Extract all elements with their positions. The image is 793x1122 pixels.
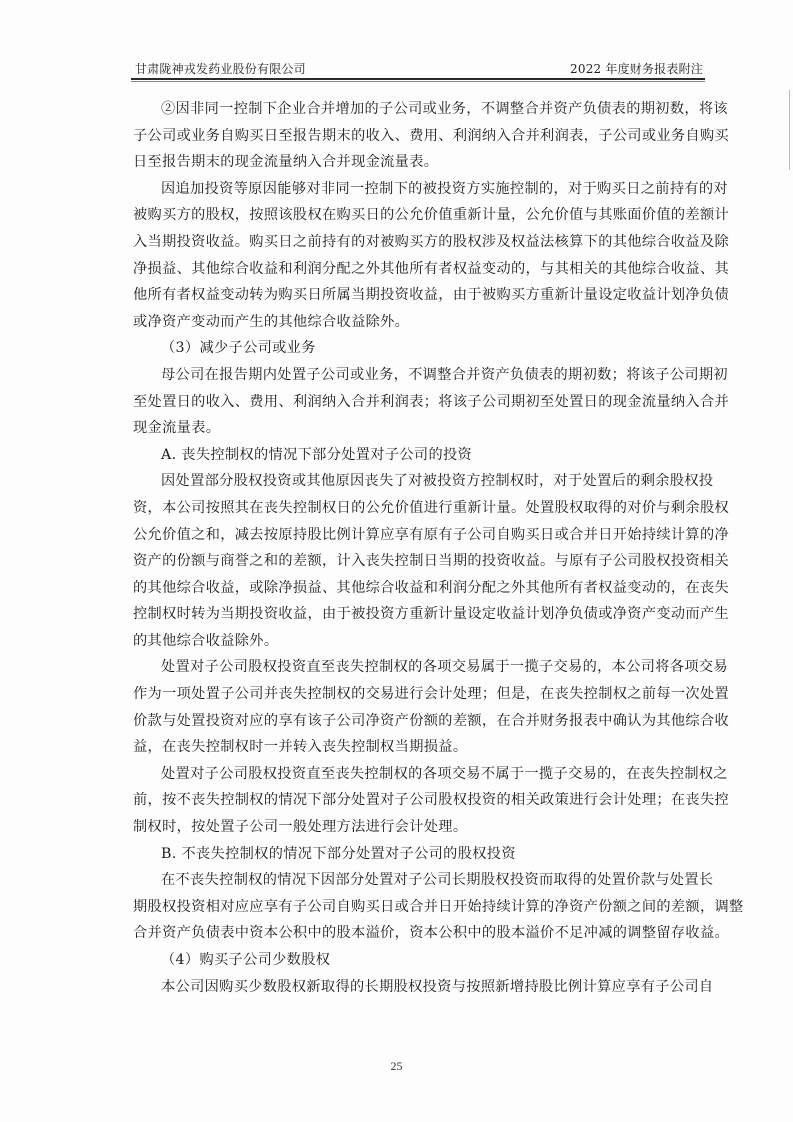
text-line: 至处置日的收入、费用、利润纳入合并利润表；将该子公司期初至处置日的现金流量纳入合… [133,389,705,416]
text-line: 资，本公司按照其在丧失控制权日的公允价值进行重新计量。处置股权取得的对价与剩余股… [133,495,705,522]
text-line: 的其他综合收益，或除净损益、其他综合收益和利润分配之外其他所有者权益变动的，在丧… [133,575,705,602]
header-report-title: 2022 年度财务报表附注 [570,60,703,77]
text-line: 子公司或业务自购买日至报告期末的收入、费用、利润纳入合并利润表，子公司或业务自购… [133,123,705,150]
header-company-name: 甘肃陇神戎发药业股份有限公司 [135,60,306,77]
body-text: ②因非同一控制下企业合并增加的子公司或业务，不调整合并资产负债表的期初数，将该子… [133,96,705,1000]
text-line: 价款与处置投资对应的享有该子公司净资产份额的差额，在合并财务报表中确认为其他综合… [133,708,705,735]
scan-edge-mark [789,90,790,170]
text-line: 合并资产负债表中资本公积中的股本溢价，资本公积中的股本溢价不足冲减的调整留存收益… [133,920,705,947]
page-number: 25 [0,1059,793,1074]
text-line: 入当期投资收益。购买日之前持有的对被购买方的股权涉及权益法核算下的其他综合收益及… [133,229,705,256]
section-heading: （3）减少子公司或业务 [133,335,705,362]
paragraph-first-line: 在不丧失控制权的情况下因部分处置对子公司长期股权投资而取得的处置价款与处置长 [133,867,705,894]
section-heading: B. 不丧失控制权的情况下部分处置对子公司的股权投资 [133,841,705,868]
section-heading: （4）购买子公司少数股权 [133,947,705,974]
paragraph-last-line: 益，在丧失控制权时一并转入丧失控制权当期损益。 [133,734,705,761]
paragraph-last-line: 现金流量表。 [133,415,705,442]
paragraph-last-line: 制权时，按处置子公司一般处理方法进行会计处理。 [133,814,705,841]
paragraph-last-line: 或净资产变动而产生的其他综合收益除外。 [133,309,705,336]
text-line: 前，按不丧失控制权的情况下部分处置对子公司股权投资的相关政策进行会计处理；在丧失… [133,787,705,814]
paragraph-last-line: 的其他综合收益除外。 [133,628,705,655]
section-heading: A. 丧失控制权的情况下部分处置对子公司的投资 [133,442,705,469]
paragraph-first-line: ②因非同一控制下企业合并增加的子公司或业务，不调整合并资产负债表的期初数，将该 [133,96,705,123]
paragraph-first-line: 处置对子公司股权投资直至丧失控制权的各项交易不属于一揽子交易的，在丧失控制权之 [133,761,705,788]
paragraph-first-line: 因处置部分股权投资或其他原因丧失了对被投资方控制权时，对于处置后的剩余股权投 [133,468,705,495]
text-line: 被购买方的股权，按照该股权在购买日的公允价值重新计量，公允价值与其账面价值的差额… [133,202,705,229]
text-line: 资产的份额与商誉之和的差额，计入丧失控制日当期的投资收益。与原有子公司股权投资相… [133,548,705,575]
text-line: 他所有者权益变动转为购买日所属当期投资收益，由于被购买方重新计量设定收益计划净负… [133,282,705,309]
paragraph-first-line: 母公司在报告期内处置子公司或业务，不调整合并资产负债表的期初数；将该子公司期初 [133,362,705,389]
document-page: 甘肃陇神戎发药业股份有限公司 2022 年度财务报表附注 ②因非同一控制下企业合… [0,0,793,1122]
text-line: 期股权投资相对应应享有子公司自购买日或合并日开始持续计算的净资产份额之间的差额，… [133,894,705,921]
text-line: 控制权时转为当期投资收益，由于被投资方重新计量设定收益计划净负债或净资产变动而产… [133,601,705,628]
header-divider-thin [131,81,705,82]
paragraph-first-line: 本公司因购买少数股权新取得的长期股权投资与按照新增持股比例计算应享有子公司自 [133,974,705,1001]
header-divider [131,78,705,80]
paragraph-first-line: 处置对子公司股权投资直至丧失控制权的各项交易属于一揽子交易的，本公司将各项交易 [133,654,705,681]
page-header: 甘肃陇神戎发药业股份有限公司 2022 年度财务报表附注 [133,58,705,78]
text-line: 公允价值之和，减去按原持股比例计算应享有原有子公司自购买日或合并日开始持续计算的… [133,522,705,549]
text-line: 作为一项处置子公司并丧失控制权的交易进行会计处理；但是，在丧失控制权之前每一次处… [133,681,705,708]
paragraph-first-line: 因追加投资等原因能够对非同一控制下的被投资方实施控制的，对于购买日之前持有的对 [133,176,705,203]
paragraph-last-line: 日至报告期末的现金流量纳入合并现金流量表。 [133,149,705,176]
text-line: 净损益、其他综合收益和利润分配之外其他所有者权益变动的，与其相关的其他综合收益、… [133,256,705,283]
